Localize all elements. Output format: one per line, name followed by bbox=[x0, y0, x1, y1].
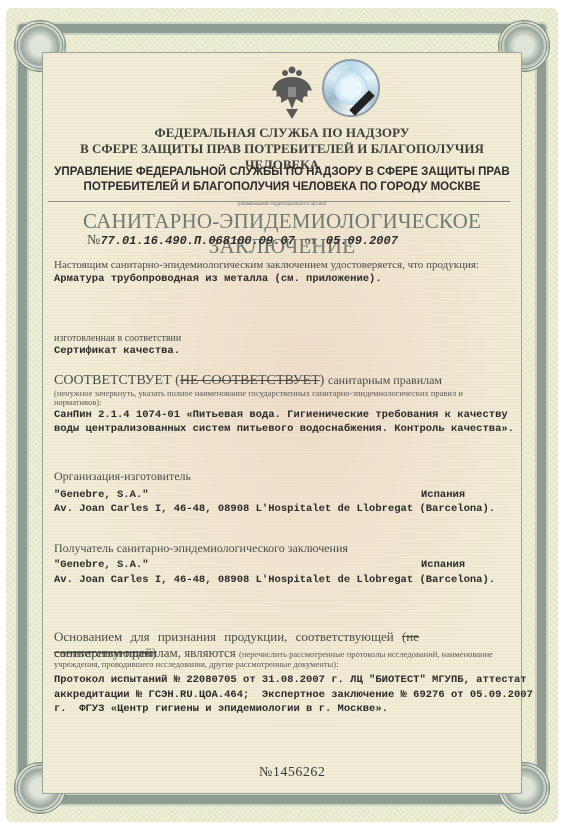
recipient-address: Av. Joan Carles I, 46-48, 08908 L'Hospit… bbox=[54, 574, 495, 586]
certificate-body: ФЕДЕРАЛЬНАЯ СЛУЖБА ПО НАДЗОРУ В СФЕРЕ ЗА… bbox=[42, 52, 522, 794]
recipient-label: Получатель санитарно-эпидемиологического… bbox=[54, 541, 348, 556]
recipient-country: Испания bbox=[421, 559, 465, 571]
number-sign: № bbox=[87, 233, 100, 248]
coat-of-arms-icon bbox=[270, 65, 314, 121]
office-name-line1: УПРАВЛЕНИЕ ФЕДЕРАЛЬНОЙ СЛУЖБЫ ПО НАДЗОРУ… bbox=[43, 166, 521, 178]
date-prefix: от bbox=[305, 233, 316, 247]
agency-name-line1: ФЕДЕРАЛЬНАЯ СЛУЖБА ПО НАДЗОРУ bbox=[43, 125, 521, 141]
not-conforms-struck: НЕ СООТВЕТСТВУЕТ bbox=[180, 373, 320, 388]
basis-text: Основанием для признания продукции, соот… bbox=[54, 629, 394, 644]
conformity-note: (ненужное зачеркнуть, указать полное наи… bbox=[54, 389, 484, 407]
basis-value-line2: аккредитации № ГСЭН.RU.ЦОА.464; Экспертн… bbox=[54, 689, 533, 701]
product-intro: Настоящим санитарно-эпидемиологическим з… bbox=[54, 259, 479, 271]
basis-text-2: санитарным правилам, являются bbox=[54, 645, 236, 660]
basis-value: Протокол испытаний № 22080705 от 31.08.2… bbox=[54, 673, 533, 717]
certificate-sheet: ФЕДЕРАЛЬНАЯ СЛУЖБА ПО НАДЗОРУ В СФЕРЕ ЗА… bbox=[0, 0, 564, 828]
recipient-name: "Genebre, S.A." bbox=[54, 559, 149, 571]
manufactured-label: изготовленная в соответствии bbox=[54, 333, 181, 344]
serial-number: №1456262 bbox=[259, 765, 325, 781]
hologram-seal-icon bbox=[322, 59, 380, 117]
manufacturer-country: Испания bbox=[421, 489, 465, 501]
conformity-suffix: санитарным правилам bbox=[328, 373, 442, 387]
office-name-line2: ПОТРЕБИТЕЛЕЙ И БЛАГОПОЛУЧИЯ ЧЕЛОВЕКА ПО … bbox=[43, 181, 521, 193]
document-number: 77.01.16.490.П.068100.09.07 bbox=[100, 234, 294, 248]
conformity-line: СООТВЕТСТВУЕТ (НЕ СООТВЕТСТВУЕТ) санитар… bbox=[54, 373, 442, 389]
basis-value-line3: г. ФГУЗ «Центр гигиены и эпидемиологии в… bbox=[54, 703, 388, 715]
document-number-line: №77.01.16.490.П.068100.09.07от05.09.2007 bbox=[87, 233, 398, 249]
conformity-value-line2: воды централизованных систем питьевого в… bbox=[54, 423, 514, 435]
conforms-text: СООТВЕТСТВУЕТ bbox=[54, 373, 172, 388]
office-caption: (наименование территориального органа) bbox=[43, 202, 521, 207]
basis-value-line1: Протокол испытаний № 22080705 от 31.08.2… bbox=[54, 674, 527, 686]
product-value: Арматура трубопроводная из металла (см. … bbox=[54, 273, 382, 285]
manufactured-value: Сертификат качества. bbox=[54, 345, 180, 357]
manufacturer-label: Организация-изготовитель bbox=[54, 469, 191, 484]
document-date: 05.09.2007 bbox=[326, 234, 398, 248]
conformity-value: СанПин 2.1.4 1074-01 «Питьевая вода. Гиг… bbox=[54, 408, 529, 436]
basis-note: (перечислить рассмотренные протоколы исс… bbox=[239, 649, 493, 659]
conformity-value-line1: СанПин 2.1.4 1074-01 «Питьевая вода. Гиг… bbox=[54, 409, 508, 421]
manufacturer-address: Av. Joan Carles I, 46-48, 08908 L'Hospit… bbox=[54, 503, 495, 515]
basis-note-line3: учреждения, проводившего исследования, д… bbox=[54, 659, 338, 669]
manufacturer-name: "Genebre, S.A." bbox=[54, 489, 149, 501]
